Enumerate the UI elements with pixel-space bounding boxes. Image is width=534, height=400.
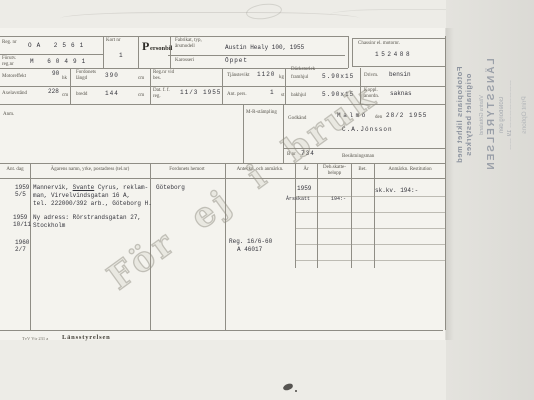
width-value: 144 — [105, 90, 119, 97]
ink-smudge — [282, 383, 293, 391]
col-header-paid: Bet. — [352, 167, 373, 173]
certify-line-1: Fotokopians likhet med — [455, 21, 464, 209]
front-tyre-value: 5.90x15 — [322, 73, 354, 80]
grid-line — [0, 163, 445, 164]
rear-tyre-label: bakhjul — [291, 93, 306, 99]
col-header-owner: Ägarens namn, yrke, postadress (tel.nr) — [35, 167, 145, 173]
side-certification-stamp: Fotokopians likhet med originalet bestyr… — [455, 21, 529, 209]
row2-line2: Stockholm — [33, 222, 65, 229]
grid-line — [30, 163, 31, 330]
row1-owner-line1: Mannervik, Svante Cyrus, reklam- — [33, 184, 148, 191]
grid-line — [150, 68, 151, 104]
width-unit: cm — [138, 93, 144, 99]
row1-tax-year: 1959 — [297, 185, 311, 192]
body-value: Öppet — [225, 57, 248, 64]
passengers-value: 1 — [270, 89, 274, 96]
authority-stamp-line: LÄNSSTYRELSEN — [486, 21, 498, 209]
length-value: 390 — [105, 72, 119, 79]
place-line: Göteborg den — [498, 21, 506, 209]
grid-line — [352, 38, 445, 39]
row1-owner-part-c: Cyrus, reklam- — [94, 184, 148, 191]
first-reg-value: 11/3 1955 — [180, 89, 221, 96]
grid-line — [295, 163, 296, 268]
row1-tax-label: Årsskatt — [286, 196, 310, 202]
form-code: TvV Vtr 231 a — [22, 336, 48, 341]
row2-line1: Ny adress: Rörstrandsgatan 27, — [33, 214, 141, 221]
tyres-label: Däckstorlek — [291, 67, 315, 73]
card-nr-value: 1 — [119, 52, 123, 59]
grid-line — [168, 55, 345, 56]
grid-line — [0, 36, 348, 37]
grid-line — [351, 163, 352, 268]
grid-line — [70, 68, 71, 104]
row1-owner-line3: tel. 222000/392 arb., Göteborg H. — [33, 200, 152, 207]
col-header-day: Ant. dag — [2, 167, 28, 173]
row1-tax-amount: 194:- — [331, 196, 346, 202]
row1-owner-part-a: Mannervik, — [33, 184, 73, 191]
power-value: 90 — [52, 70, 59, 77]
length-label: Fordonets längd — [76, 70, 108, 81]
row2-year: 1959 — [13, 214, 27, 221]
card-edge-shadow — [445, 28, 454, 340]
ink-speck — [295, 390, 297, 392]
weight-unit: kg — [279, 75, 284, 81]
first-reg-label: Dat. f. f. reg. — [153, 88, 177, 99]
make-value: Austin Healy 100, 1955 — [225, 44, 304, 51]
den-label: den — [375, 115, 382, 121]
reg-nr-value: OA 2561 — [28, 42, 88, 49]
grid-line — [222, 68, 223, 104]
print-options-line: Print Options — [521, 21, 529, 209]
width-label: bredd — [76, 92, 87, 98]
row3-year: 1960 — [15, 239, 29, 246]
scanned-registration-card-page: Reg. nr OA 2561 Förutv. reg.nr M 60491 K… — [0, 0, 534, 400]
grid-line — [374, 163, 375, 268]
grid-line — [445, 36, 446, 330]
col-header-domicile: Fordonets hemort — [152, 167, 222, 173]
power-unit: hk — [62, 76, 67, 82]
row1-remark: sk.kv. 194:- — [375, 187, 418, 194]
paper-edge-line — [60, 12, 360, 25]
row2-day: 10/11 — [13, 221, 31, 228]
grid-line — [352, 38, 353, 66]
authority-name: Länsstyrelsen — [62, 334, 111, 341]
grid-line — [348, 36, 349, 68]
note-label: Anm. — [3, 112, 14, 118]
grid-line — [103, 36, 104, 68]
row1-day: 5/5 — [15, 191, 26, 198]
row1-domicile: Göteborg — [156, 184, 185, 191]
approval-date: 28/2 1955 — [386, 112, 427, 119]
row3-note2: A 46017 — [237, 246, 262, 253]
reg-nr-label: Reg. nr — [2, 40, 17, 46]
grid-line — [0, 330, 443, 331]
prev-reg-value: M 60491 — [30, 58, 90, 65]
row1-owner-firstname-underlined: Svante — [73, 184, 95, 191]
wheelbase-label: Axelavstånd — [2, 91, 27, 97]
make-label: Fabrikat, typ, årsmodell — [175, 38, 221, 49]
row3-day: 2/7 — [15, 246, 26, 253]
vehicle-class-initial: P — [142, 39, 149, 54]
row3-note1: Reg. 16/6-60 — [229, 238, 272, 245]
grid-line — [317, 163, 318, 268]
chassis-label: Chassinr el. motornr. — [358, 41, 400, 47]
mr-stamp-label: M-R-stämpling — [246, 110, 277, 116]
weight-value: 1120 — [257, 71, 275, 78]
front-tyre-label: framhjul — [291, 75, 308, 81]
inspector-title-label: Besiktningsman — [342, 154, 374, 160]
col-header-remarks: Anmärkn. Restitution — [377, 167, 443, 173]
grid-line — [0, 54, 103, 55]
weight-label: Tjänstevikt — [227, 73, 250, 79]
grid-line — [170, 36, 171, 68]
wheelbase-value: 228 — [48, 88, 59, 95]
row1-year: 1959 — [15, 184, 29, 191]
region-line: Västra Götaland — [478, 21, 486, 209]
wheelbase-unit: cm — [62, 93, 68, 99]
body-label: Karosseri — [175, 58, 194, 64]
grid-line — [243, 104, 244, 163]
passengers-label: Ant. pers. — [227, 92, 247, 98]
length-unit: cm — [138, 76, 144, 82]
passengers-unit: st — [281, 93, 284, 99]
col-header-tax: Deb.skatte-belopp — [319, 165, 350, 176]
grid-line — [285, 68, 286, 104]
row1-owner-line2: man, Virvelvindsgatan 16 A, — [33, 192, 130, 199]
vehicle-class-label: ersonbil — [150, 45, 172, 52]
regnr-at-inspection-label: Reg.nr vid bes. — [153, 70, 181, 81]
card-nr-label: Kort nr — [106, 38, 122, 44]
prev-reg-label: Förutv. reg.nr — [2, 56, 26, 67]
date-dots-line: …………………… 19 …… — [506, 21, 514, 209]
power-label: Motoreffekt — [2, 74, 26, 80]
grid-line — [138, 36, 139, 68]
certify-line-2: originalet bestyrkes — [464, 21, 473, 209]
